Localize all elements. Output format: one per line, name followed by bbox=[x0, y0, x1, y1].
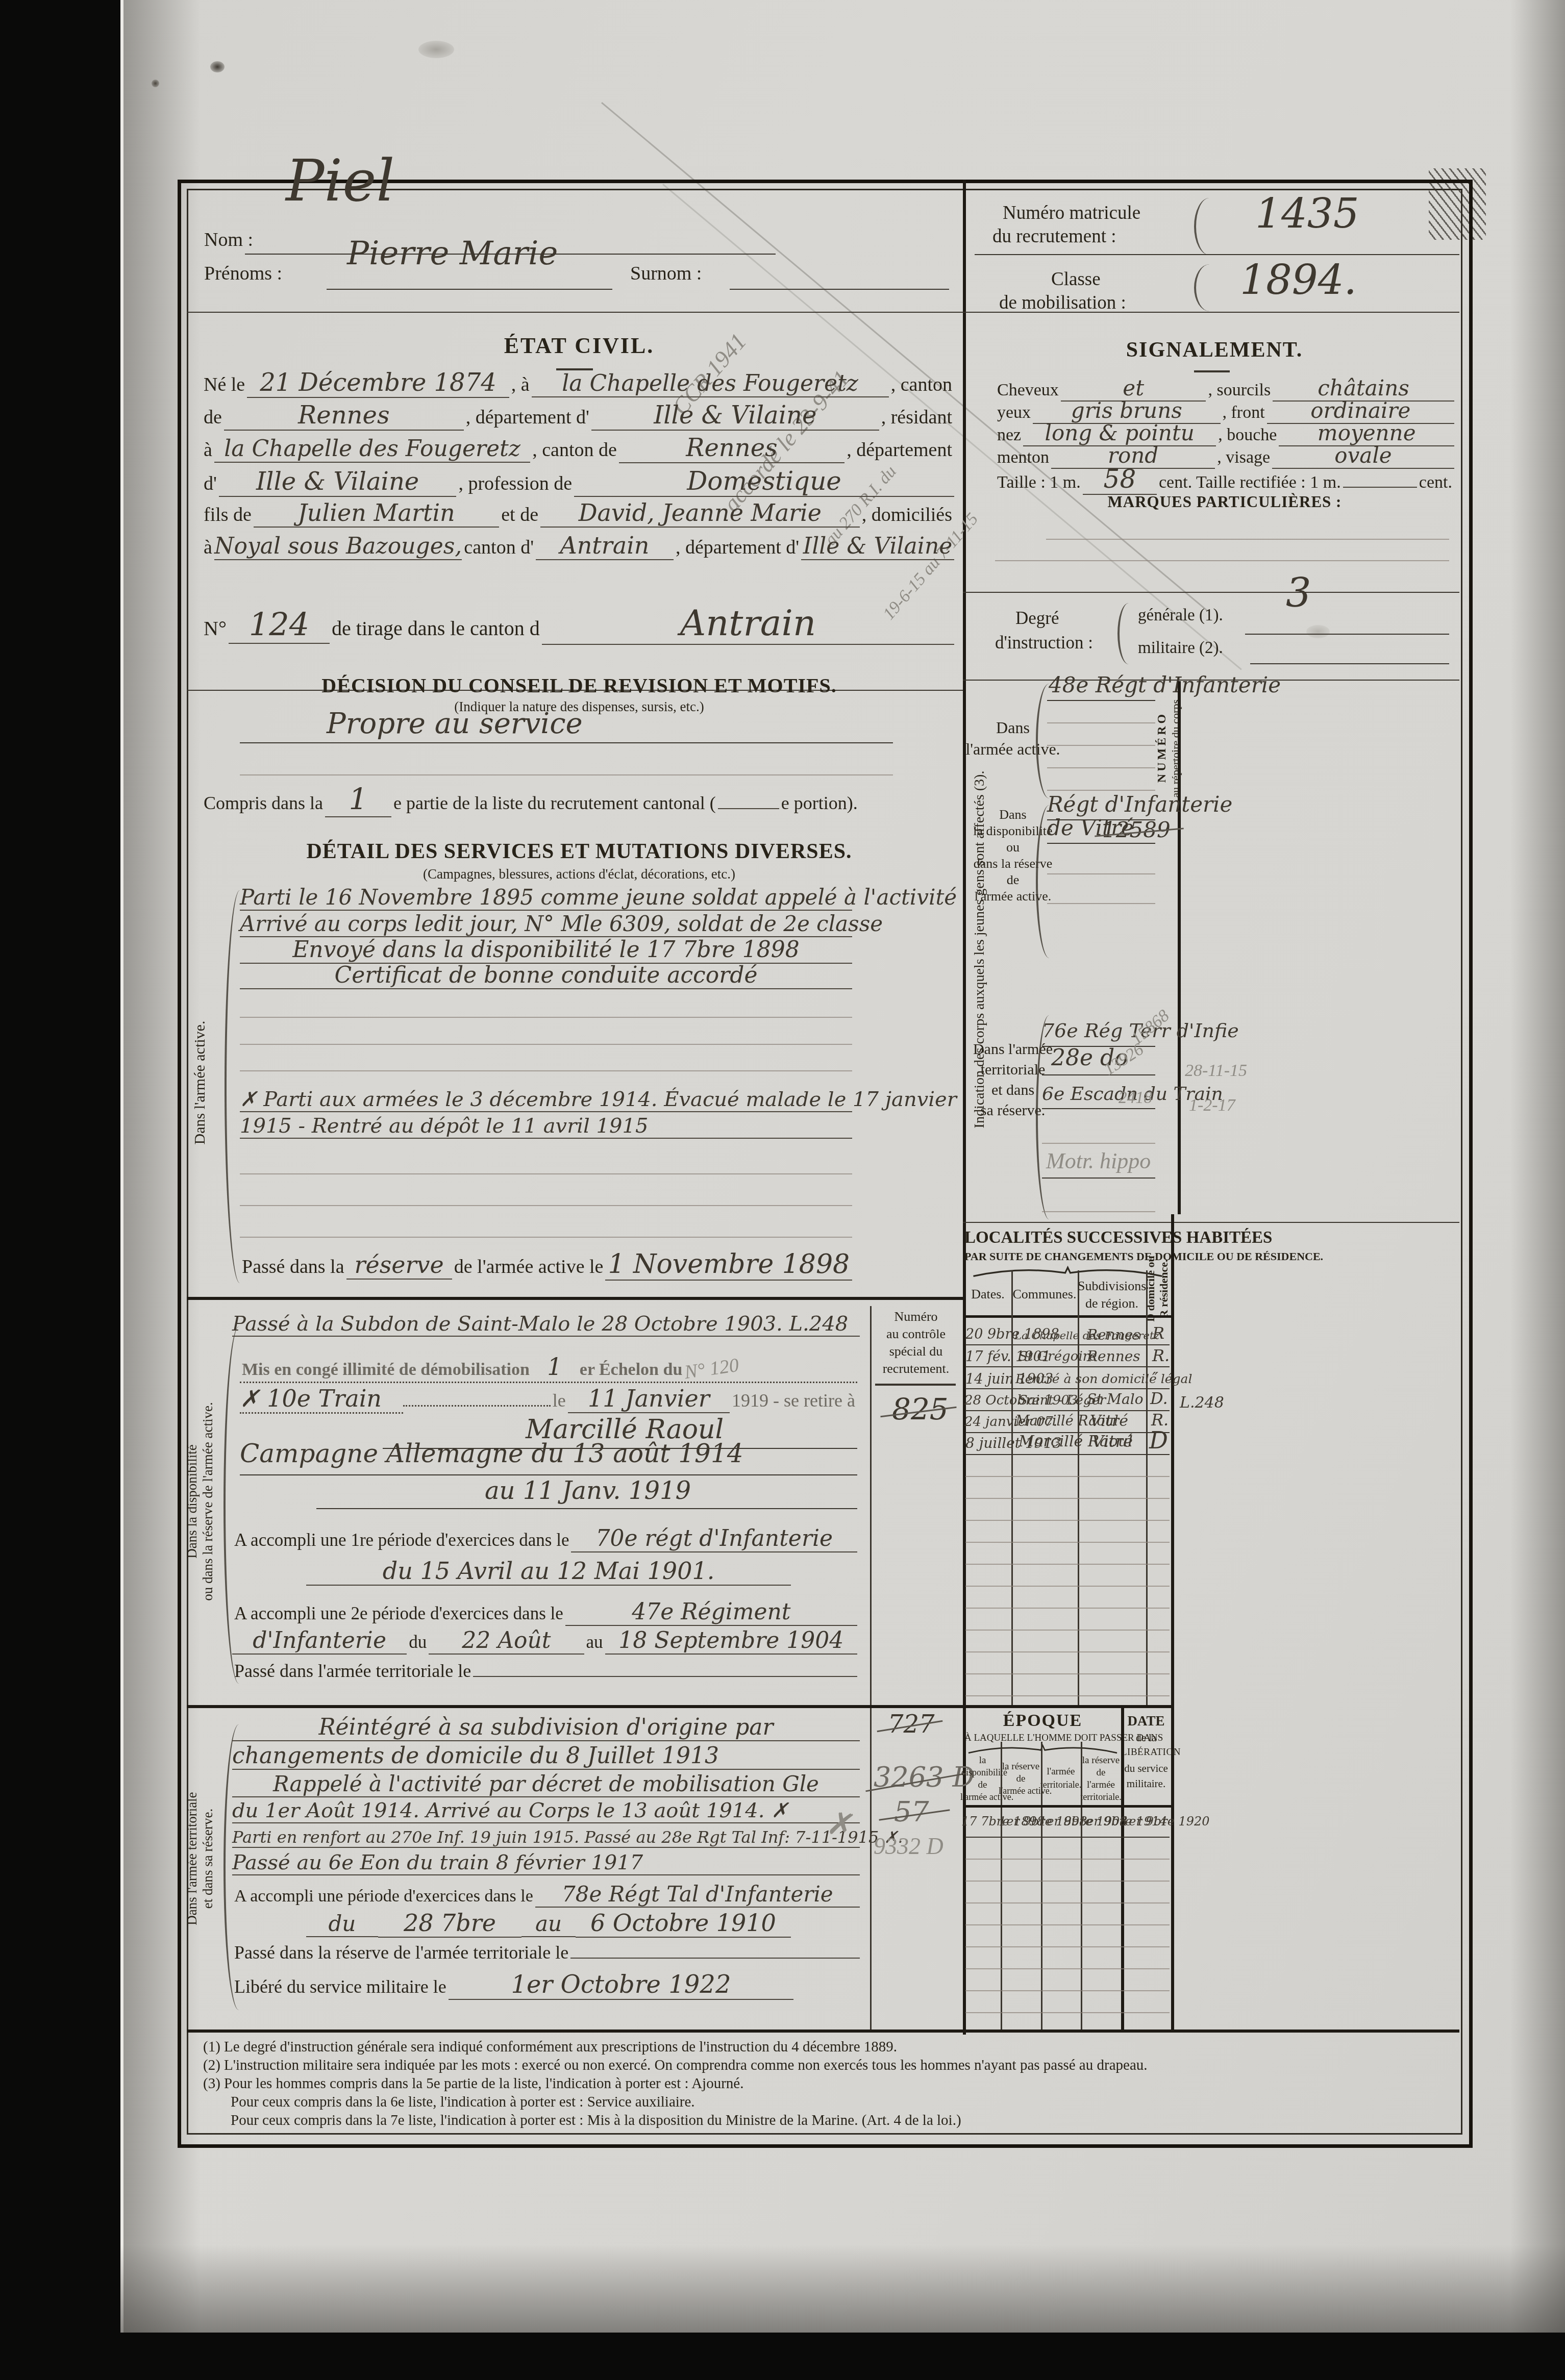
service-entry-2: Arrivé au corps ledit jour, N° Mle 6309,… bbox=[240, 911, 852, 937]
printed-label: , département d' bbox=[464, 406, 591, 429]
epoque-col-header: territoriale. bbox=[1039, 1780, 1083, 1790]
printed-label: , sourcils bbox=[1206, 381, 1273, 400]
degre-generale-label: générale (1). bbox=[1138, 606, 1223, 625]
epoque-col-header: la réserve bbox=[1081, 1755, 1121, 1766]
epoque-header-rule bbox=[964, 1805, 1171, 1808]
blank-rule bbox=[240, 1237, 852, 1238]
paper-bottom-shadow bbox=[120, 2245, 1565, 2333]
etat-civil-line-5: fils de Julien Martin et de David, Jeann… bbox=[202, 499, 954, 528]
nom-value: Piel bbox=[286, 148, 394, 214]
printed-label: , canton bbox=[889, 373, 954, 396]
printed-label: Né le bbox=[202, 373, 247, 396]
printed-label: canton d' bbox=[462, 536, 536, 559]
printed-label: d' bbox=[202, 472, 219, 495]
taille-rectifiee-blank bbox=[1343, 487, 1417, 488]
printed-label: à bbox=[202, 439, 214, 461]
section-rule bbox=[963, 592, 1459, 593]
blank-rule bbox=[1047, 767, 1155, 768]
loc-commune: Rentré à son domicile légal bbox=[1015, 1371, 1192, 1386]
liste-partie: 1 bbox=[325, 782, 391, 817]
mother-name: David, Jeanne Marie bbox=[540, 499, 860, 528]
printed-label: , profession de bbox=[456, 472, 574, 495]
etat-civil-line-4: d' Ille & Vilaine , profession de Domest… bbox=[202, 466, 954, 497]
row-rule bbox=[965, 2012, 1170, 2013]
header-brace bbox=[967, 1743, 1118, 1754]
margin-label-disponibilite: Dans la disponibilité ou dans la réserve… bbox=[184, 1308, 216, 1695]
periode1-regiment: 70e régt d'Infanterie bbox=[571, 1525, 857, 1552]
numero-controle-header: au contrôle bbox=[873, 1326, 959, 1342]
row-rule bbox=[965, 1388, 1170, 1389]
loc-subdivision: Rennes bbox=[1087, 1326, 1140, 1343]
parents-commune: Noyal sous Bazouges, bbox=[214, 533, 462, 560]
periode2-regiment-2: d'Infanterie bbox=[232, 1627, 407, 1655]
epoque-col-header: territoriale. bbox=[1079, 1792, 1123, 1802]
date-header: DATE bbox=[1121, 1713, 1171, 1729]
printed-label: Libéré du service militaire le bbox=[232, 1976, 449, 1997]
margin-label-territoriale: Dans l'armée territoriale et dans sa rés… bbox=[184, 1716, 216, 2001]
prenoms-label: Prénoms : bbox=[204, 262, 282, 285]
terr-entry-3: Rappelé à l'activité par décret de mobil… bbox=[232, 1771, 860, 1797]
band-divider bbox=[187, 1705, 1174, 1708]
printed-label: Cheveux bbox=[995, 381, 1061, 400]
etat-civil-title: ÉTAT CIVIL. bbox=[202, 333, 957, 359]
decision-rule bbox=[240, 742, 893, 743]
numero-controle-header: Numéro bbox=[873, 1309, 959, 1324]
blank-rule bbox=[240, 1173, 852, 1174]
row-rule bbox=[965, 1651, 1170, 1652]
periode1-line: A accompli une 1re période d'exercices d… bbox=[232, 1525, 857, 1552]
paper-right-shadow bbox=[1510, 0, 1565, 2333]
printed-label: , front bbox=[1221, 403, 1267, 422]
row-rule bbox=[965, 1498, 1170, 1499]
etat-civil-line-1: Né le 21 Décembre 1874 , à la Chapelle d… bbox=[202, 368, 954, 398]
decision-title: DÉCISION DU CONSEIL DE REVISION ET MOTIF… bbox=[202, 673, 957, 697]
terr-entry-4: du 1er Août 1914. Arrivé au Corps le 13 … bbox=[232, 1799, 860, 1823]
ink-stain bbox=[152, 80, 159, 87]
stamp-text: er Échelon du bbox=[578, 1360, 685, 1380]
blank-rule bbox=[1047, 903, 1155, 904]
corps-rule bbox=[1042, 1178, 1155, 1179]
epoque-title: ÉPOQUE bbox=[964, 1711, 1121, 1731]
section-rule bbox=[963, 1222, 1459, 1223]
printed-label: au bbox=[584, 1632, 605, 1652]
etat-civil-line-6: à Noyal sous Bazouges, canton d' Antrain… bbox=[202, 532, 954, 560]
row-rule bbox=[965, 1454, 1170, 1455]
row-rule bbox=[965, 1344, 1170, 1345]
periode2-line: A accompli une 2e période d'exercices da… bbox=[232, 1599, 857, 1626]
corps-terr-label: territoriale bbox=[959, 1061, 1066, 1079]
stamp-text: 1919 - se retire à bbox=[730, 1390, 857, 1411]
corps-rule bbox=[1047, 843, 1155, 844]
printed-label: A accompli une 1re période d'exercices d… bbox=[232, 1530, 571, 1550]
periode2-start: 22 Août bbox=[429, 1627, 584, 1655]
loc-commune: St Grégoire bbox=[1019, 1349, 1097, 1364]
printed-label: et de bbox=[499, 504, 540, 526]
epoque-value-reserve-active: 1er 9bre 1898 bbox=[999, 1814, 1041, 1828]
row-rule bbox=[965, 1990, 1170, 1991]
periode2-end: 18 Septembre 1904 bbox=[605, 1627, 857, 1655]
row-rule bbox=[965, 1564, 1170, 1565]
degre-label-2: d'instruction : bbox=[995, 633, 1093, 653]
birth-date: 21 Décembre 1874 bbox=[247, 368, 509, 398]
row-rule bbox=[965, 1476, 1170, 1477]
row-rule bbox=[965, 1859, 1170, 1860]
matricule-label-2: du recrutement : bbox=[992, 226, 1116, 247]
loc-subdivision: Rennes bbox=[1087, 1348, 1140, 1365]
terr-entry-6: Passé au 6e Eon du train 8 février 1917 bbox=[232, 1851, 860, 1875]
terr-number-9332: 9332 D bbox=[874, 1833, 943, 1860]
echelon-number: 1 bbox=[532, 1353, 578, 1381]
printed-label: de tirage dans le canton d bbox=[330, 616, 542, 640]
degre-label-1: Degré bbox=[1015, 608, 1059, 629]
corps-rule bbox=[1042, 1108, 1155, 1109]
corps-active-label-2: l'armée active. bbox=[959, 740, 1066, 759]
printed-label: du bbox=[407, 1632, 429, 1652]
loc-subdivision: Vitré bbox=[1092, 1432, 1133, 1451]
printed-label: nez bbox=[995, 425, 1023, 445]
printed-label: N° bbox=[202, 616, 229, 640]
loc-dr: D bbox=[1149, 1426, 1168, 1454]
train-unit: ✗ 10e Train bbox=[240, 1385, 403, 1414]
printed-label: e portion). bbox=[779, 792, 860, 814]
epoque-col-header: de bbox=[1001, 1773, 1041, 1785]
matricule-rule bbox=[975, 254, 1459, 255]
row-rule bbox=[965, 1881, 1170, 1882]
service-entry-3: Envoyé dans la disponibilité le 17 7bre … bbox=[240, 937, 852, 964]
loc-subdivision: Vitré bbox=[1090, 1412, 1128, 1430]
col-header-subdivisions-1: Subdivisions bbox=[1078, 1279, 1146, 1294]
margin-line: Dans l'armée territoriale bbox=[184, 1716, 200, 2001]
smudge bbox=[418, 41, 454, 58]
printed-label: , à bbox=[509, 373, 532, 396]
terr-periode-line: A accompli une période d'exercices dans … bbox=[232, 1882, 860, 1908]
dotted-rule bbox=[240, 1382, 857, 1383]
printed-label: de l'armée active le bbox=[452, 1256, 606, 1278]
numero-repertoire-divider bbox=[1178, 681, 1181, 1214]
residence-canton: Rennes bbox=[619, 434, 844, 463]
date-header: de la bbox=[1121, 1732, 1171, 1744]
nom-label: Nom : bbox=[204, 229, 253, 251]
margin-line: et dans sa réserve. bbox=[200, 1716, 216, 2001]
numero-controle-header: recrutement. bbox=[873, 1361, 959, 1376]
epoque-col-divider bbox=[1001, 1742, 1002, 2030]
compris-line: Compris dans la 1 e partie de la liste d… bbox=[202, 782, 954, 817]
blank-rule bbox=[1042, 1143, 1155, 1144]
footnote-3: (3) Pour les hommes compris dans la 5e p… bbox=[203, 2075, 743, 2092]
ink-stain bbox=[210, 61, 225, 72]
prenoms-rule bbox=[327, 289, 612, 290]
matricule-label-1: Numéro matricule bbox=[1003, 202, 1140, 224]
residence-departement: Ille & Vilaine bbox=[219, 467, 457, 497]
printed-label: e partie de la liste du recrutement cant… bbox=[391, 792, 718, 814]
row-rule bbox=[965, 1673, 1170, 1674]
row-rule bbox=[965, 1968, 1170, 1969]
row-rule bbox=[965, 1630, 1170, 1631]
date-header: du service bbox=[1121, 1762, 1171, 1775]
numero-controle-divider bbox=[870, 1306, 872, 2030]
row-rule bbox=[965, 1520, 1170, 1521]
parents-canton: Antrain bbox=[536, 532, 674, 560]
printed-label: , bouche bbox=[1216, 425, 1279, 445]
blank-rule bbox=[240, 1044, 852, 1045]
terr-periode-regiment: 78e Régt Tal d'Infanterie bbox=[535, 1882, 860, 1908]
terr-number-727: 727 bbox=[888, 1710, 935, 1739]
libere-line: Libéré du service militaire le 1er Octob… bbox=[232, 1970, 793, 2000]
terr-number-57: 57 bbox=[894, 1796, 929, 1828]
margin-label-armee-active: Dans l'armée active. bbox=[191, 924, 209, 1241]
portion-blank bbox=[718, 808, 779, 809]
printed-label: A accompli une période d'exercices dans … bbox=[232, 1887, 535, 1906]
hand-text: du bbox=[306, 1911, 378, 1937]
service-entry-4: Certificat de bonne conduite accordé bbox=[240, 962, 852, 989]
epoque-col-header: de bbox=[1081, 1767, 1121, 1778]
epoque-subtitle: À LAQUELLE L'HOMME DOIT PASSER DANS bbox=[964, 1733, 1121, 1744]
margin-line: ou dans la réserve de l'armée active. bbox=[200, 1308, 216, 1695]
passe-reserve-date: 1 Novembre 1898 bbox=[605, 1249, 852, 1281]
row-rule bbox=[965, 1608, 1170, 1609]
pencil-date: 28-11-15 bbox=[1185, 1061, 1247, 1081]
birth-place: la Chapelle des Fougeretz bbox=[532, 370, 889, 397]
corps-dispo-label: dans la réserve bbox=[959, 856, 1066, 871]
row-rule bbox=[965, 1366, 1170, 1367]
blank-rule bbox=[995, 560, 1449, 561]
table-header-rule bbox=[964, 1315, 1171, 1318]
row-rule bbox=[965, 1902, 1170, 1903]
footnote-5: Pour ceux compris dans la 7e liste, l'in… bbox=[231, 2112, 961, 2129]
loc-dr: R bbox=[1152, 1323, 1164, 1343]
epoque-col-header: l'armée active. bbox=[960, 1792, 1005, 1802]
tirage-line: N° 124 de tirage dans le canton d Antrai… bbox=[202, 602, 954, 645]
decision-value: Propre au service bbox=[327, 707, 939, 740]
header-bottom-rule bbox=[187, 312, 1459, 313]
col-header-communes: Communes. bbox=[1011, 1287, 1078, 1302]
blank-rule bbox=[240, 1017, 852, 1018]
blank-rule bbox=[1047, 745, 1155, 746]
printed-label: Passé dans l'armée territoriale le bbox=[232, 1660, 473, 1682]
loc-subdivision: St Malo bbox=[1087, 1391, 1144, 1408]
numero-controle-rule bbox=[875, 1384, 956, 1386]
pencil-date: 1-2-17 bbox=[1189, 1096, 1235, 1115]
conge-date: 11 Janvier bbox=[568, 1385, 730, 1413]
printed-label: Passé dans la bbox=[240, 1256, 346, 1278]
printed-label: Taille : 1 m. bbox=[995, 473, 1083, 492]
title-dash bbox=[1194, 370, 1230, 372]
printed-label: , département d' bbox=[674, 536, 801, 559]
signalement-line-5: Taille : 1 m. 58 cent. Taille rectifiée … bbox=[995, 464, 1454, 495]
classe-label-1: Classe bbox=[1051, 268, 1101, 290]
birth-canton: Rennes bbox=[224, 401, 464, 431]
printed-label: yeux bbox=[995, 403, 1033, 422]
terr-entry-1: Réintégré à sa subdivision d'origine par bbox=[232, 1714, 860, 1741]
band-divider bbox=[187, 1297, 963, 1300]
margin-line: Dans la disponibilité bbox=[184, 1308, 200, 1695]
epoque-col-header: l'armée bbox=[1081, 1780, 1121, 1791]
rule bbox=[240, 1474, 857, 1475]
services-title: DÉTAIL DES SERVICES ET MUTATIONS DIVERSE… bbox=[202, 839, 957, 864]
matricule-value: 1435 bbox=[1255, 190, 1359, 237]
surnom-rule bbox=[730, 289, 949, 290]
epoque-col-header: la bbox=[964, 1755, 1001, 1766]
printed-label: cent. Taille rectifiée : 1 m. bbox=[1157, 473, 1343, 492]
epoque-col-header: de bbox=[964, 1780, 1001, 1791]
printed-label: cent. bbox=[1417, 473, 1454, 492]
loc-dr: ″ bbox=[1152, 1368, 1158, 1388]
stamp-text: le bbox=[551, 1390, 568, 1411]
dotted-leader bbox=[403, 1405, 551, 1407]
degre-rule bbox=[1245, 634, 1449, 635]
pencil-note: N° 120 bbox=[683, 1354, 740, 1384]
footnote-1: (1) Le degré d'instruction générale sera… bbox=[203, 2039, 897, 2056]
degre-generale-value: 3 bbox=[1286, 570, 1311, 616]
date-col-divider bbox=[1121, 1705, 1124, 2030]
epoque-value-reserve-territoriale: 1er 9bre 1914 bbox=[1079, 1814, 1121, 1828]
terr-number-3263: 3263 D bbox=[874, 1761, 975, 1793]
corps-terr-label: Dans l'armée bbox=[959, 1041, 1066, 1058]
birth-departement: Ille & Vilaine bbox=[591, 401, 879, 431]
loc-dr: R. bbox=[1152, 1346, 1170, 1365]
epoque-col-header: disponibilité bbox=[961, 1767, 1004, 1778]
blank-rule bbox=[1047, 790, 1155, 791]
classe-label-2: de mobilisation : bbox=[999, 292, 1126, 314]
marques-label: MARQUES PARTICULIÈRES : bbox=[995, 493, 1454, 511]
mid-entry-2: Mis en congé illimité de démobilisation … bbox=[240, 1353, 857, 1381]
row-rule bbox=[965, 1946, 1170, 1947]
blank-rule bbox=[240, 1070, 852, 1071]
tirage-number: 124 bbox=[229, 606, 330, 644]
periode2-regiment: 47e Régiment bbox=[565, 1599, 857, 1626]
blank-rule bbox=[240, 1205, 852, 1206]
localites-subtitle: PAR SUITE DE CHANGEMENTS DE DOMICILE OU … bbox=[964, 1250, 1171, 1263]
printed-label: , canton de bbox=[530, 439, 619, 461]
blank-value bbox=[570, 1958, 860, 1959]
degre-militaire-label: militaire (2). bbox=[1138, 639, 1223, 658]
row-rule bbox=[965, 1695, 1170, 1696]
blank-value bbox=[473, 1676, 857, 1677]
residence-commune: la Chapelle des Fougeretz bbox=[214, 436, 530, 463]
blank-rule bbox=[1042, 1211, 1155, 1212]
printed-label: Compris dans la bbox=[202, 792, 325, 814]
row-rule bbox=[965, 1924, 1170, 1925]
mid-entry-1: Passé à la Subdon de Saint-Malo le 28 Oc… bbox=[232, 1312, 860, 1337]
terr-periode-end: 6 Octobre 1910 bbox=[576, 1909, 791, 1938]
campagne-end: au 11 Janv. 1919 bbox=[485, 1476, 691, 1505]
degre-rule bbox=[1250, 663, 1449, 664]
blank-rule bbox=[1047, 722, 1155, 723]
terr-entry-2: changements de domicile du 8 Juillet 191… bbox=[232, 1743, 860, 1770]
epoque-col-header: l'armée bbox=[1041, 1766, 1081, 1777]
numero-controle-header: spécial du bbox=[873, 1344, 959, 1359]
terr-entry-5: Parti en renfort au 270e Inf. 19 juin 19… bbox=[232, 1827, 860, 1848]
corps-dispo-value-1: Régt d'Infanterie bbox=[1047, 792, 1232, 817]
printed-label: , département bbox=[844, 439, 954, 461]
epoque-col-header: la réserve bbox=[1001, 1761, 1041, 1772]
passe-reserve-value: réserve bbox=[346, 1251, 452, 1280]
parents-departement: Ille & Vilaine bbox=[801, 533, 954, 560]
father-name: Julien Martin bbox=[254, 499, 499, 528]
corps-dispo-label: l'armée active. bbox=[959, 889, 1066, 904]
hand-text: au bbox=[521, 1911, 576, 1937]
blank-rule bbox=[1046, 539, 1449, 540]
blank-rule bbox=[1047, 873, 1155, 874]
etat-civil-line-3: à la Chapelle des Fougeretz , canton de … bbox=[202, 434, 954, 463]
epoque-value-liberation: 1er 9bre 1920 bbox=[1121, 1814, 1171, 1828]
col-header-dates: Dates. bbox=[964, 1287, 1011, 1302]
campagne-entry: Campagne Allemagne du 13 août 1914 bbox=[240, 1439, 743, 1468]
table-right-border bbox=[1171, 1214, 1174, 2030]
corps-terr-label: sa réserve. bbox=[959, 1102, 1066, 1119]
classe-value: 1894. bbox=[1240, 256, 1357, 304]
epoque-value-disponibilite: 17 7bre 1898 bbox=[961, 1814, 1001, 1828]
corps-rule bbox=[1042, 1074, 1155, 1075]
loc-note: L.248 bbox=[1180, 1394, 1224, 1412]
passe-territoriale-line: Passé dans l'armée territoriale le bbox=[232, 1660, 857, 1682]
stamp-text: Mis en congé illimité de démobilisation bbox=[240, 1360, 532, 1380]
printed-label: de bbox=[202, 406, 224, 429]
header-brace bbox=[972, 1264, 1163, 1277]
row-rule bbox=[965, 1586, 1170, 1587]
services-subtitle: (Campagnes, blessures, actions d'éclat, … bbox=[202, 866, 957, 882]
row-rule bbox=[965, 1410, 1170, 1411]
footnote-divider bbox=[187, 2030, 1459, 2033]
pencil-number: 2418 bbox=[1119, 1089, 1152, 1108]
epoque-col-divider bbox=[1041, 1742, 1042, 2030]
epoque-col-header: l'armée active. bbox=[999, 1786, 1043, 1796]
taille-value: 58 bbox=[1083, 464, 1157, 495]
epoque-col-divider bbox=[1081, 1742, 1082, 2030]
printed-label: A accompli une 2e période d'exercices da… bbox=[232, 1604, 565, 1624]
footnote-4: Pour ceux compris dans la 6e liste, l'in… bbox=[231, 2094, 695, 2111]
corps-terr-value-4: Motr. hippo bbox=[1046, 1148, 1151, 1174]
blank-rule bbox=[240, 774, 893, 775]
passe-reserve-line: Passé dans la réserve de l'armée active … bbox=[240, 1249, 852, 1281]
libere-date: 1er Octobre 1922 bbox=[449, 1970, 793, 2000]
printed-label: fils de bbox=[202, 504, 254, 526]
terr-periode-start: 28 7bre bbox=[378, 1909, 521, 1938]
margin-label-corps: Indication des corps auxquels les jeunes… bbox=[972, 697, 988, 1202]
localites-title: LOCALITÉS SUCCESSIVES HABITÉES bbox=[964, 1229, 1171, 1247]
corps-rule bbox=[1047, 700, 1155, 701]
footnote-2: (2) L'instruction militaire sera indiqué… bbox=[203, 2057, 1148, 2074]
date-header: militaire. bbox=[1121, 1777, 1171, 1790]
service-entry-1: Parti le 16 Novembre 1895 comme jeune so… bbox=[240, 885, 852, 911]
passe-reserve-terr-line: Passé dans la réserve de l'armée territo… bbox=[232, 1942, 860, 1963]
service-entry-6: 1915 - Rentré au dépôt le 11 avril 1915 bbox=[240, 1114, 852, 1139]
terr-periode-dates: du 28 7bre au 6 Octobre 1910 bbox=[306, 1909, 791, 1938]
prenoms-value: Pierre Marie bbox=[347, 235, 558, 272]
col-header-subdivisions-2: de région. bbox=[1078, 1296, 1146, 1311]
etat-civil-line-2: de Rennes , département d' Ille & Vilain… bbox=[202, 401, 954, 431]
signalement-title: SIGNALEMENT. bbox=[970, 338, 1459, 362]
date-header: LIBÉRATION bbox=[1121, 1747, 1171, 1758]
epoque-value-territoriale: 1er 9bre 1908 bbox=[1039, 1814, 1081, 1828]
rule bbox=[316, 1508, 857, 1509]
printed-label: Passé dans la réserve de l'armée territo… bbox=[232, 1942, 570, 1963]
profession: Domestique bbox=[574, 466, 954, 497]
periode1-dates: du 15 Avril au 12 Mai 1901. bbox=[306, 1557, 791, 1586]
printed-label: , résidant bbox=[879, 406, 954, 429]
service-entry-5: ✗ Parti aux armées le 3 décembre 1914. É… bbox=[240, 1088, 852, 1112]
mid-entry-3: ✗ 10e Train le 11 Janvier 1919 - se reti… bbox=[240, 1385, 857, 1414]
printed-label: à bbox=[202, 536, 214, 559]
row-rule bbox=[965, 1542, 1170, 1543]
tirage-canton: Antrain bbox=[542, 602, 954, 645]
periode2-dates-line: d'Infanterie du 22 Août au 18 Septembre … bbox=[232, 1627, 857, 1655]
printed-label: , domiciliés bbox=[860, 504, 954, 526]
loc-dr: D. bbox=[1150, 1389, 1168, 1408]
row-rule bbox=[965, 1837, 1170, 1838]
scanned-register-page: Nom : Piel Prénoms : Pierre Marie Surnom… bbox=[0, 0, 1565, 2380]
